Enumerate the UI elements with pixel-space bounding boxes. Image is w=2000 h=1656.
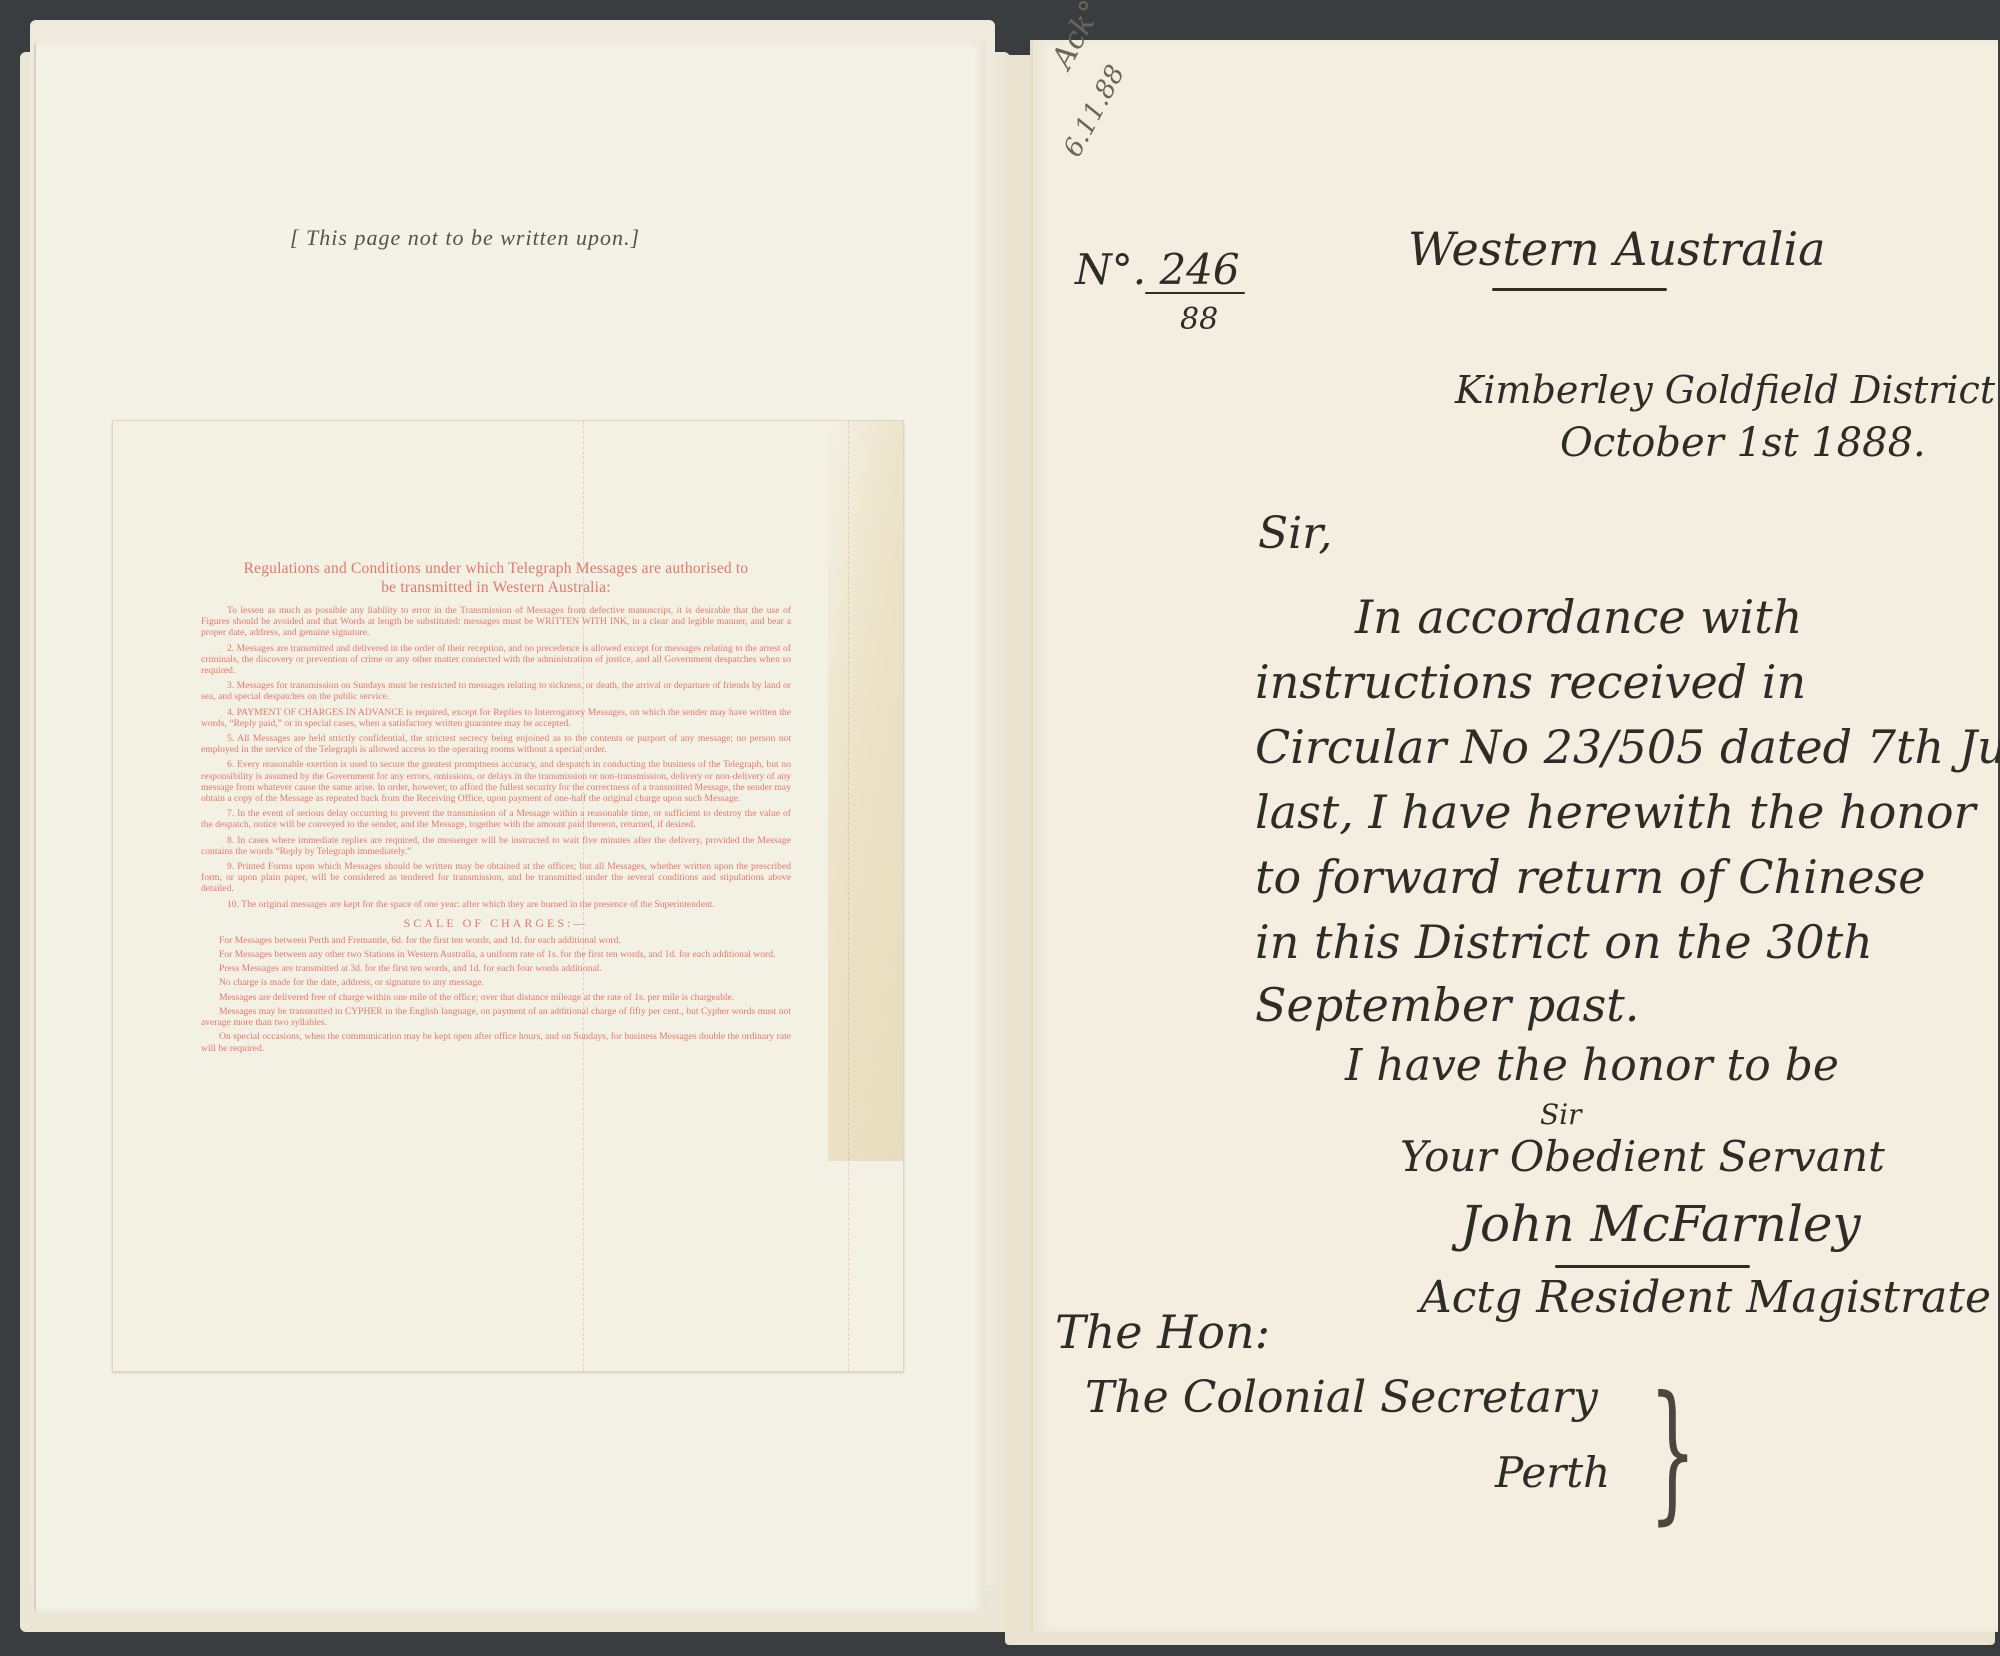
body-line: instructions received in bbox=[1255, 655, 1806, 709]
body-line: In accordance with bbox=[1355, 590, 1802, 644]
scale-of-charges-heading: SCALE OF CHARGES:— bbox=[201, 916, 791, 931]
telegraph-regulations-form: ​ Regulations and Conditions under which… bbox=[112, 420, 904, 1372]
charge-item: On special occasions, when the communica… bbox=[201, 1031, 791, 1053]
reference-year: 88 bbox=[1180, 302, 1218, 337]
charge-item: For Messages between any other two Stati… bbox=[201, 949, 791, 960]
signature-underline bbox=[1555, 1265, 1750, 1268]
regulation-paragraph: 6. Every reasonable exertion is used to … bbox=[201, 759, 791, 804]
body-line: September past. bbox=[1255, 978, 1639, 1032]
telegraph-regulations-text: Regulations and Conditions under which T… bbox=[201, 559, 791, 1057]
addressee-line: The Colonial Secretary bbox=[1085, 1372, 1598, 1423]
regulation-paragraph: 5. All Messages are held strictly confid… bbox=[201, 733, 791, 755]
regulation-paragraph: 10. The original messages are kept for t… bbox=[201, 899, 791, 910]
date-line: October 1st 1888. bbox=[1560, 420, 1926, 466]
signatory-title: Actg Resident Magistrate bbox=[1420, 1272, 1991, 1323]
body-line: in this District on the 30th bbox=[1255, 915, 1873, 969]
charge-item: Messages may be transmitted in CYPHER in… bbox=[201, 1006, 791, 1028]
body-line: Circular No 23/505 dated 7th June bbox=[1255, 720, 2000, 774]
charge-item: Messages are delivered free of charge wi… bbox=[201, 992, 791, 1003]
regulation-paragraph: 4. PAYMENT OF CHARGES IN ADVANCE is requ… bbox=[201, 707, 791, 729]
regulation-paragraph: 3. Messages for transmission on Sundays … bbox=[201, 680, 791, 702]
closing-line: I have the honor to be bbox=[1345, 1040, 1839, 1091]
folded-corner bbox=[828, 421, 903, 1161]
closing-line: Your Obedient Servant bbox=[1400, 1132, 1885, 1181]
body-line: to forward return of Chinese bbox=[1255, 850, 1925, 904]
place-line: Kimberley Goldfield District bbox=[1455, 368, 1995, 412]
regulation-paragraph: 7. In the event of serious delay occurri… bbox=[201, 808, 791, 830]
form-title: Regulations and Conditions under which T… bbox=[201, 559, 791, 597]
addressee-brace: } bbox=[1649, 1365, 1697, 1539]
charge-item: For Messages between Perth and Fremantle… bbox=[201, 935, 791, 946]
perforation-line bbox=[848, 421, 849, 1371]
regulation-paragraph: 2. Messages are transmitted and delivere… bbox=[201, 643, 791, 677]
regulation-paragraph: To lessen as much as possible any liabil… bbox=[201, 605, 791, 639]
charge-item: No charge is made for the date, address,… bbox=[201, 977, 791, 988]
reference-rule bbox=[1145, 292, 1245, 294]
form-title-line-1: Regulations and Conditions under which T… bbox=[244, 560, 749, 577]
signature: John McFarnley bbox=[1460, 1195, 1861, 1253]
addressee-line: The Hon: bbox=[1055, 1305, 1270, 1359]
reference-number: N°. 246 bbox=[1075, 245, 1240, 294]
regulation-paragraph: 9. Printed Forms upon which Messages sho… bbox=[201, 861, 791, 895]
letter-heading: Western Australia bbox=[1408, 222, 1826, 276]
body-line: last, I have herewith the honor bbox=[1255, 785, 1976, 839]
closing-line: Sir bbox=[1540, 1098, 1582, 1131]
addressee-line: Perth bbox=[1495, 1448, 1610, 1497]
page-notice: [ This page not to be written upon.] bbox=[290, 225, 710, 251]
regulation-paragraph: 8. In cases where immediate replies are … bbox=[201, 835, 791, 857]
charge-item: Press Messages are transmitted at 3d. fo… bbox=[201, 963, 791, 974]
salutation: Sir, bbox=[1258, 508, 1332, 559]
heading-underline bbox=[1492, 288, 1667, 291]
form-title-line-2: be transmitted in Western Australia: bbox=[381, 579, 611, 596]
